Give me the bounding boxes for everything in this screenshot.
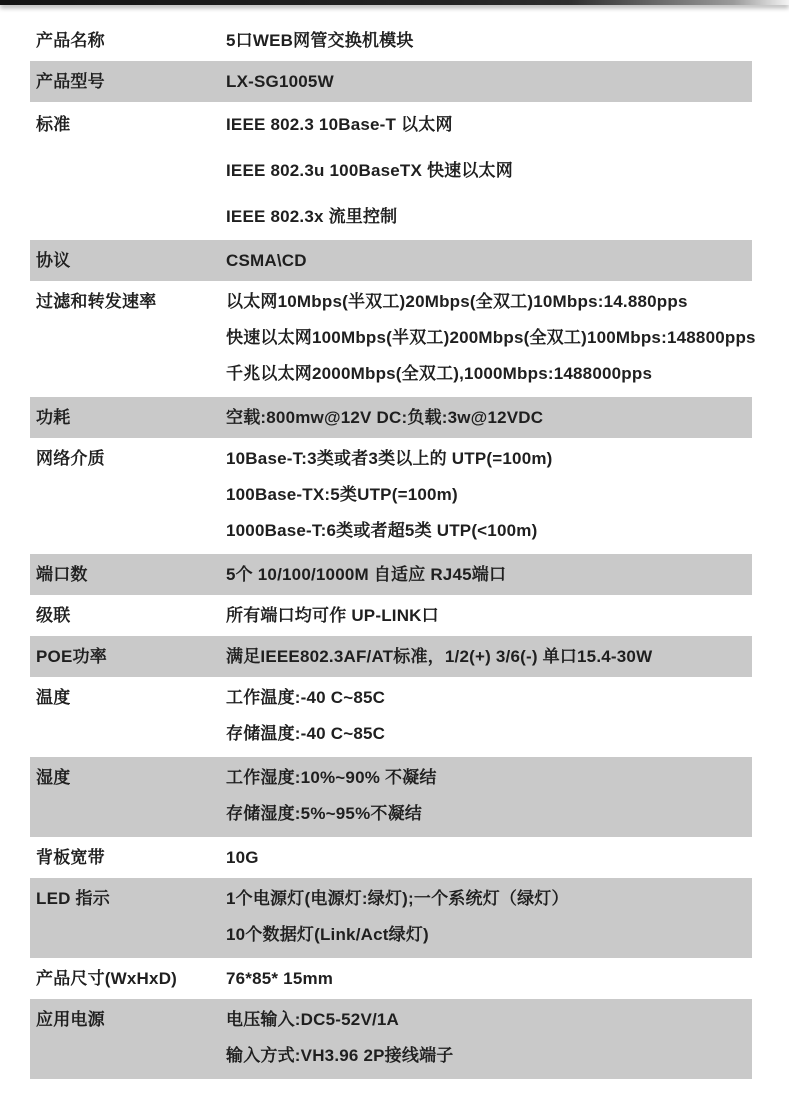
row-value: 76*85* 15mm — [226, 958, 752, 999]
row-value-line: 10Base-T:3类或者3类以上的 UTP(=100m) — [226, 441, 752, 477]
table-row: 产品型号 LX-SG1005W — [30, 61, 752, 102]
row-value-line: 所有端口均可作 UP-LINK口 — [226, 595, 752, 636]
table-row: 温度 工作温度:-40 C~85C存储温度:-40 C~85C — [30, 677, 752, 757]
row-value: LX-SG1005W — [226, 61, 752, 102]
row-label: 应用电源 — [30, 1002, 226, 1074]
row-label: 产品名称 — [30, 20, 226, 61]
row-value: 5口WEB网管交换机模块 — [226, 20, 752, 61]
row-label: 背板宽带 — [30, 837, 226, 878]
row-value-line: 10个数据灯(Link/Act绿灯) — [226, 917, 752, 953]
row-value-line: 5口WEB网管交换机模块 — [226, 20, 752, 61]
row-value-line: 1000Base-T:6类或者超5类 UTP(<100m) — [226, 513, 752, 549]
row-label: 产品尺寸(WxHxD) — [30, 958, 226, 999]
row-value-line: IEEE 802.3u 100BaseTX 快速以太网 — [226, 148, 752, 194]
table-row: LED 指示 1个电源灯(电源灯:绿灯);一个系统灯（绿灯）10个数据灯(Lin… — [30, 878, 752, 958]
row-value: 10G — [226, 837, 752, 878]
row-value-line: 工作湿度:10%~90% 不凝结 — [226, 760, 752, 796]
row-value: 满足IEEE802.3AF/AT标准，1/2(+) 3/6(-) 单口15.4-… — [226, 636, 752, 677]
row-value-line: 电压输入:DC5-52V/1A — [226, 1002, 752, 1038]
row-value-line: 千兆以太网2000Mbps(全双工),1000Mbps:1488000pps — [226, 356, 752, 392]
table-row: 端口数 5个 10/100/1000M 自适应 RJ45端口 — [30, 554, 752, 595]
row-value-line: 满足IEEE802.3AF/AT标准，1/2(+) 3/6(-) 单口15.4-… — [226, 636, 752, 677]
row-label: POE功率 — [30, 636, 226, 677]
table-row: 功耗 空载:800mw@12V DC:负载:3w@12VDC — [30, 397, 752, 438]
row-value: IEEE 802.3 10Base-T 以太网IEEE 802.3u 100Ba… — [226, 102, 752, 240]
row-value-line: 工作温度:-40 C~85C — [226, 680, 752, 716]
row-value-line: 存储湿度:5%~95%不凝结 — [226, 796, 752, 832]
table-row: 级联 所有端口均可作 UP-LINK口 — [30, 595, 752, 636]
row-label: 温度 — [30, 680, 226, 752]
row-label: 级联 — [30, 595, 226, 636]
row-value-line: 1个电源灯(电源灯:绿灯);一个系统灯（绿灯） — [226, 881, 752, 917]
row-value-line: 10G — [226, 837, 752, 878]
table-row: 标准 IEEE 802.3 10Base-T 以太网IEEE 802.3u 10… — [30, 102, 752, 240]
table-row: 背板宽带 10G — [30, 837, 752, 878]
row-value-line: 5个 10/100/1000M 自适应 RJ45端口 — [226, 554, 752, 595]
row-value: CSMA\CD — [226, 240, 752, 281]
table-row: 应用电源 电压输入:DC5-52V/1A输入方式:VH3.96 2P接线端子 — [30, 999, 752, 1079]
row-label: 标准 — [30, 102, 226, 240]
table-row: 湿度 工作湿度:10%~90% 不凝结存储湿度:5%~95%不凝结 — [30, 757, 752, 837]
row-value-line: 76*85* 15mm — [226, 958, 752, 999]
row-value-line: CSMA\CD — [226, 240, 752, 281]
table-row: 网络介质 10Base-T:3类或者3类以上的 UTP(=100m)100Bas… — [30, 438, 752, 554]
table-row: 产品尺寸(WxHxD) 76*85* 15mm — [30, 958, 752, 999]
row-value-line: IEEE 802.3x 流里控制 — [226, 194, 752, 240]
row-value: 空载:800mw@12V DC:负载:3w@12VDC — [226, 397, 752, 438]
table-row: 产品名称 5口WEB网管交换机模块 — [30, 20, 752, 61]
row-label: LED 指示 — [30, 881, 226, 953]
table-row: POE功率 满足IEEE802.3AF/AT标准，1/2(+) 3/6(-) 单… — [30, 636, 752, 677]
row-label: 网络介质 — [30, 441, 226, 549]
row-value-line: 快速以太网100Mbps(半双工)200Mbps(全双工)100Mbps:148… — [226, 320, 752, 356]
row-value-line: 输入方式:VH3.96 2P接线端子 — [226, 1038, 752, 1074]
row-label: 湿度 — [30, 760, 226, 832]
table-row: 过滤和转发速率 以太网10Mbps(半双工)20Mbps(全双工)10Mbps:… — [30, 281, 752, 397]
spec-table: 产品名称 5口WEB网管交换机模块 产品型号 LX-SG1005W 标准 IEE… — [30, 20, 752, 1079]
row-value-line: IEEE 802.3 10Base-T 以太网 — [226, 102, 752, 148]
row-value-line: 100Base-TX:5类UTP(=100m) — [226, 477, 752, 513]
row-value-line: 存储温度:-40 C~85C — [226, 716, 752, 752]
row-value: 工作湿度:10%~90% 不凝结存储湿度:5%~95%不凝结 — [226, 760, 752, 832]
row-value: 所有端口均可作 UP-LINK口 — [226, 595, 752, 636]
table-row: 协议 CSMA\CD — [30, 240, 752, 281]
row-value: 1个电源灯(电源灯:绿灯);一个系统灯（绿灯）10个数据灯(Link/Act绿灯… — [226, 881, 752, 953]
row-value-line: 以太网10Mbps(半双工)20Mbps(全双工)10Mbps:14.880pp… — [226, 284, 752, 320]
row-label: 过滤和转发速率 — [30, 284, 226, 392]
row-value-line: LX-SG1005W — [226, 61, 752, 102]
row-value: 5个 10/100/1000M 自适应 RJ45端口 — [226, 554, 752, 595]
row-label: 协议 — [30, 240, 226, 281]
row-label: 产品型号 — [30, 61, 226, 102]
row-label: 端口数 — [30, 554, 226, 595]
top-shadow-strip — [0, 0, 789, 5]
row-value: 工作温度:-40 C~85C存储温度:-40 C~85C — [226, 680, 752, 752]
row-value: 电压输入:DC5-52V/1A输入方式:VH3.96 2P接线端子 — [226, 1002, 752, 1074]
row-value: 以太网10Mbps(半双工)20Mbps(全双工)10Mbps:14.880pp… — [226, 284, 752, 392]
row-value: 10Base-T:3类或者3类以上的 UTP(=100m)100Base-TX:… — [226, 441, 752, 549]
row-value-line: 空载:800mw@12V DC:负载:3w@12VDC — [226, 397, 752, 438]
row-label: 功耗 — [30, 397, 226, 438]
